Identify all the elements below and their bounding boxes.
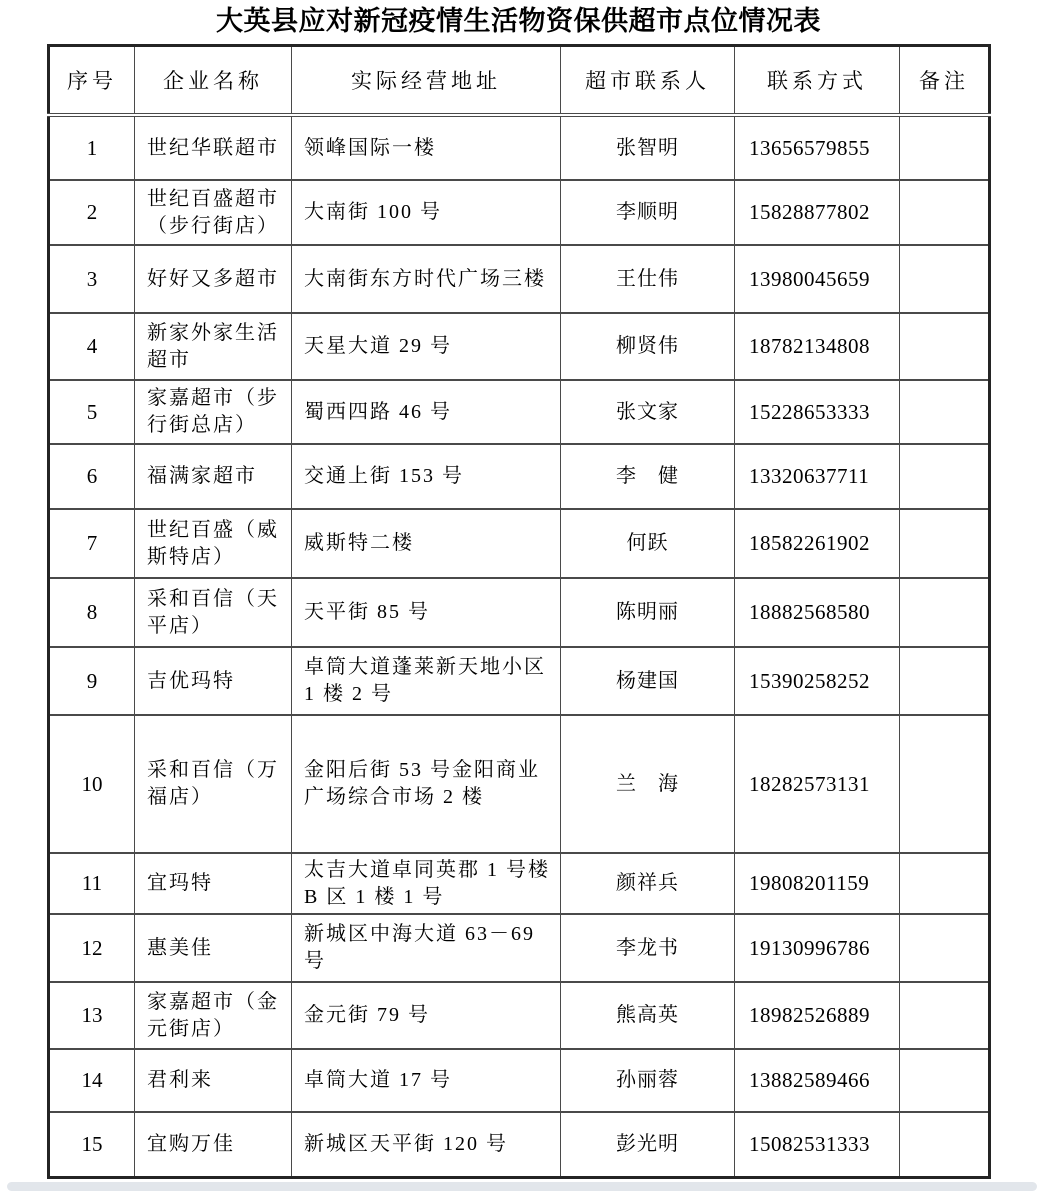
row-note	[900, 245, 990, 313]
row-seq: 13	[49, 982, 135, 1049]
table-row: 8 采和百信（天平店） 天平街 85 号 陈明丽 18882568580	[49, 578, 990, 647]
table-header: 序号 企业名称 实际经营地址 超市联系人 联系方式 备注	[49, 46, 990, 116]
row-company-name: 福满家超市	[135, 444, 292, 509]
row-company-name: 宜玛特	[135, 853, 292, 914]
row-company-name: 世纪华联超市	[135, 115, 292, 180]
row-phone: 18582261902	[735, 509, 900, 578]
table-row: 13 家嘉超市（金元街店） 金元街 79 号 熊高英 18982526889	[49, 982, 990, 1049]
table-row: 7 世纪百盛（威斯特店） 威斯特二楼 何跃 18582261902	[49, 509, 990, 578]
row-contact: 王仕伟	[561, 245, 735, 313]
row-company-name: 家嘉超市（金元街店）	[135, 982, 292, 1049]
table-row: 4 新家外家生活超市 天星大道 29 号 柳贤伟 18782134808	[49, 313, 990, 380]
row-company-name: 新家外家生活超市	[135, 313, 292, 380]
row-phone: 15082531333	[735, 1112, 900, 1177]
row-seq: 8	[49, 578, 135, 647]
header-contact: 超市联系人	[561, 46, 735, 116]
row-company-name: 吉优玛特	[135, 647, 292, 715]
row-note	[900, 313, 990, 380]
row-company-name: 君利来	[135, 1049, 292, 1112]
row-note	[900, 1049, 990, 1112]
row-phone: 18282573131	[735, 715, 900, 853]
horizontal-scrollbar-track[interactable]	[7, 1182, 1037, 1191]
table-row: 15 宜购万佳 新城区天平街 120 号 彭光明 15082531333	[49, 1112, 990, 1177]
row-contact: 李顺明	[561, 180, 735, 245]
row-address: 新城区中海大道 63－69 号	[292, 914, 561, 982]
row-contact: 陈明丽	[561, 578, 735, 647]
row-phone: 15828877802	[735, 180, 900, 245]
supermarket-table: 序号 企业名称 实际经营地址 超市联系人 联系方式 备注 1 世纪华联超市 领峰…	[47, 44, 991, 1179]
row-contact: 柳贤伟	[561, 313, 735, 380]
row-company-name: 世纪百盛（威斯特店）	[135, 509, 292, 578]
row-phone: 18882568580	[735, 578, 900, 647]
row-note	[900, 509, 990, 578]
row-contact: 杨建国	[561, 647, 735, 715]
row-address: 领峰国际一楼	[292, 115, 561, 180]
table-row: 1 世纪华联超市 领峰国际一楼 张智明 13656579855	[49, 115, 990, 180]
row-company-name: 宜购万佳	[135, 1112, 292, 1177]
row-seq: 14	[49, 1049, 135, 1112]
row-address: 蜀西四路 46 号	[292, 380, 561, 444]
row-note	[900, 380, 990, 444]
row-phone: 13882589466	[735, 1049, 900, 1112]
row-note	[900, 914, 990, 982]
row-note	[900, 115, 990, 180]
row-contact: 李龙书	[561, 914, 735, 982]
row-contact: 张文家	[561, 380, 735, 444]
row-phone: 18782134808	[735, 313, 900, 380]
row-contact: 彭光明	[561, 1112, 735, 1177]
row-note	[900, 982, 990, 1049]
row-note	[900, 180, 990, 245]
row-note	[900, 578, 990, 647]
table-row: 14 君利来 卓筒大道 17 号 孙丽蓉 13882589466	[49, 1049, 990, 1112]
row-address: 天平街 85 号	[292, 578, 561, 647]
row-contact: 颜祥兵	[561, 853, 735, 914]
row-seq: 1	[49, 115, 135, 180]
row-address: 交通上街 153 号	[292, 444, 561, 509]
row-address: 太吉大道卓同英郡 1 号楼 B 区 1 楼 1 号	[292, 853, 561, 914]
row-address: 卓筒大道 17 号	[292, 1049, 561, 1112]
row-phone: 15228653333	[735, 380, 900, 444]
header-seq: 序号	[49, 46, 135, 116]
row-seq: 11	[49, 853, 135, 914]
header-phone: 联系方式	[735, 46, 900, 116]
row-company-name: 家嘉超市（步行街总店）	[135, 380, 292, 444]
row-address: 大南街 100 号	[292, 180, 561, 245]
table-body: 1 世纪华联超市 领峰国际一楼 张智明 13656579855 2 世纪百盛超市…	[49, 115, 990, 1177]
row-phone: 19808201159	[735, 853, 900, 914]
row-phone: 15390258252	[735, 647, 900, 715]
row-contact: 孙丽蓉	[561, 1049, 735, 1112]
row-company-name: 好好又多超市	[135, 245, 292, 313]
row-address: 金阳后街 53 号金阳商业广场综合市场 2 楼	[292, 715, 561, 853]
row-note	[900, 444, 990, 509]
row-phone: 19130996786	[735, 914, 900, 982]
row-address: 大南街东方时代广场三楼	[292, 245, 561, 313]
row-phone: 13656579855	[735, 115, 900, 180]
row-address: 新城区天平街 120 号	[292, 1112, 561, 1177]
row-seq: 10	[49, 715, 135, 853]
table-row: 5 家嘉超市（步行街总店） 蜀西四路 46 号 张文家 15228653333	[49, 380, 990, 444]
table-row: 12 惠美佳 新城区中海大道 63－69 号 李龙书 19130996786	[49, 914, 990, 982]
row-seq: 4	[49, 313, 135, 380]
row-seq: 3	[49, 245, 135, 313]
row-address: 天星大道 29 号	[292, 313, 561, 380]
row-seq: 9	[49, 647, 135, 715]
header-name: 企业名称	[135, 46, 292, 116]
row-phone: 18982526889	[735, 982, 900, 1049]
header-address: 实际经营地址	[292, 46, 561, 116]
row-seq: 12	[49, 914, 135, 982]
row-address: 金元街 79 号	[292, 982, 561, 1049]
table-row: 10 采和百信（万福店） 金阳后街 53 号金阳商业广场综合市场 2 楼 兰 海…	[49, 715, 990, 853]
table-row: 2 世纪百盛超市（步行街店） 大南街 100 号 李顺明 15828877802	[49, 180, 990, 245]
row-seq: 6	[49, 444, 135, 509]
table-row: 6 福满家超市 交通上街 153 号 李 健 13320637711	[49, 444, 990, 509]
row-address: 威斯特二楼	[292, 509, 561, 578]
row-contact: 张智明	[561, 115, 735, 180]
row-note	[900, 715, 990, 853]
row-company-name: 惠美佳	[135, 914, 292, 982]
row-phone: 13320637711	[735, 444, 900, 509]
header-note: 备注	[900, 46, 990, 116]
table-row: 11 宜玛特 太吉大道卓同英郡 1 号楼 B 区 1 楼 1 号 颜祥兵 198…	[49, 853, 990, 914]
row-contact: 熊高英	[561, 982, 735, 1049]
row-note	[900, 853, 990, 914]
table-row: 3 好好又多超市 大南街东方时代广场三楼 王仕伟 13980045659	[49, 245, 990, 313]
header-row: 序号 企业名称 实际经营地址 超市联系人 联系方式 备注	[49, 46, 990, 116]
row-address: 卓筒大道蓬莱新天地小区 1 楼 2 号	[292, 647, 561, 715]
row-company-name: 世纪百盛超市（步行街店）	[135, 180, 292, 245]
row-note	[900, 647, 990, 715]
row-seq: 7	[49, 509, 135, 578]
page-title: 大英县应对新冠疫情生活物资保供超市点位情况表	[0, 4, 1037, 38]
row-contact: 李 健	[561, 444, 735, 509]
row-note	[900, 1112, 990, 1177]
row-seq: 5	[49, 380, 135, 444]
row-seq: 2	[49, 180, 135, 245]
row-phone: 13980045659	[735, 245, 900, 313]
row-company-name: 采和百信（万福店）	[135, 715, 292, 853]
row-company-name: 采和百信（天平店）	[135, 578, 292, 647]
row-contact: 兰 海	[561, 715, 735, 853]
table-row: 9 吉优玛特 卓筒大道蓬莱新天地小区 1 楼 2 号 杨建国 153902582…	[49, 647, 990, 715]
row-seq: 15	[49, 1112, 135, 1177]
row-contact: 何跃	[561, 509, 735, 578]
